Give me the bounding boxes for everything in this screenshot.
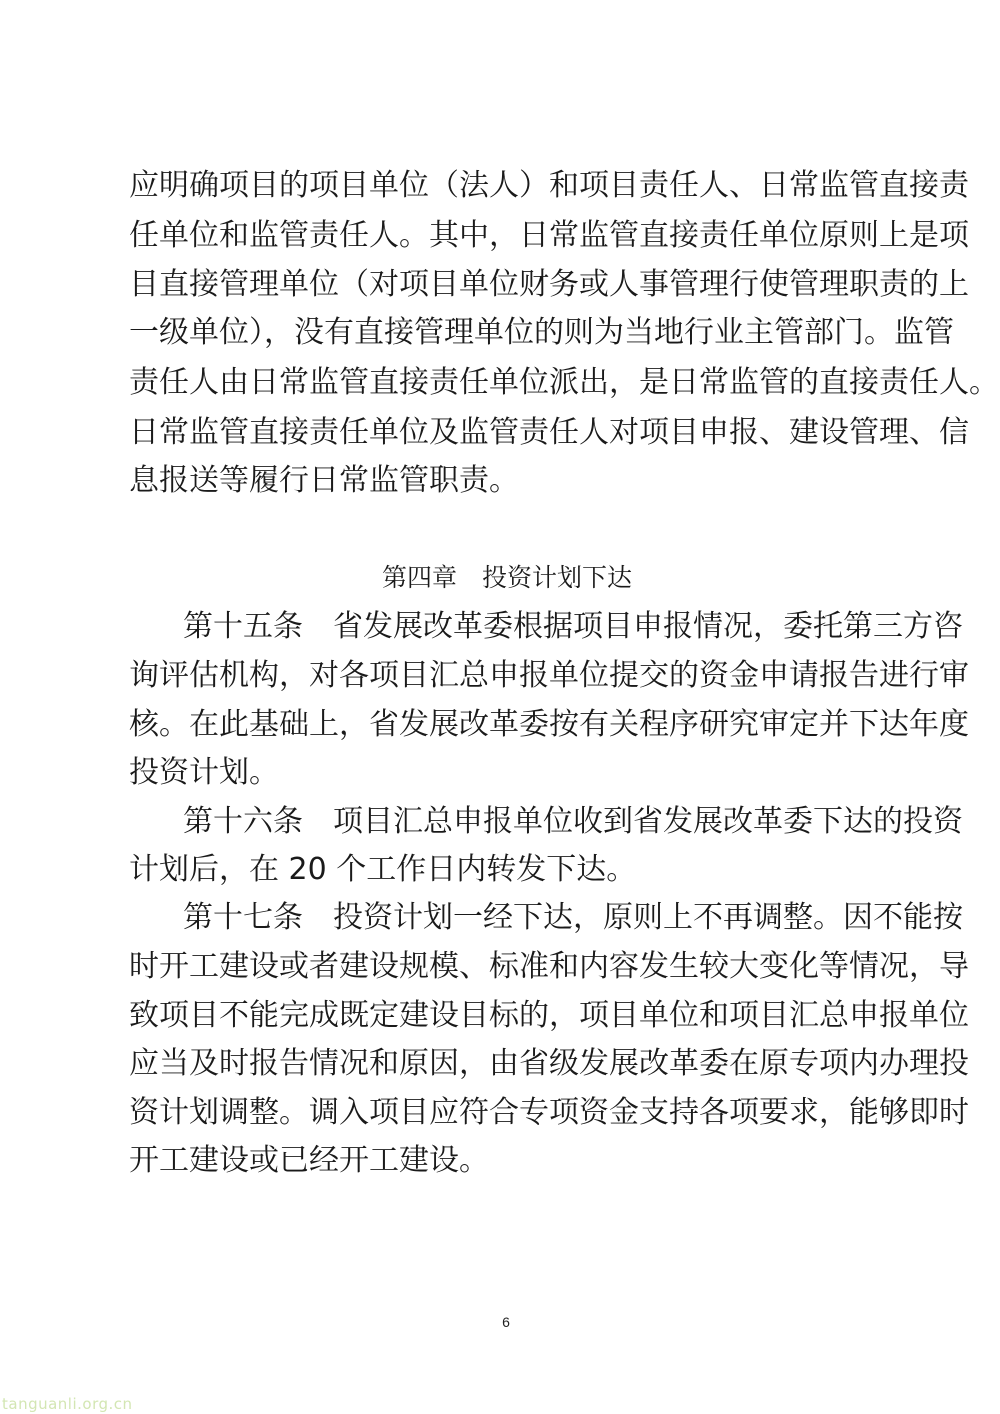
text-line: 资计划调整。调入项目应符合专项资金支持各项要求，能够即时 xyxy=(129,1093,885,1133)
text-line: 息报送等履行日常监管职责。 xyxy=(129,461,885,501)
text-line: 核。在此基础上，省发展改革委按有关程序研究审定并下达年度 xyxy=(129,705,885,745)
watermark: tanguanli.org.cn xyxy=(2,1395,133,1413)
text-line: 应明确项目的项目单位（法人）和项目责任人、日常监管直接责 xyxy=(129,166,885,206)
text-line: 责任人由日常监管直接责任单位派出，是日常监管的直接责任人。 xyxy=(129,363,885,403)
document-page: 应明确项目的项目单位（法人）和项目责任人、日常监管直接责 任单位和监管责任人。其… xyxy=(0,0,1000,1414)
text-line: 开工建设或已经开工建设。 xyxy=(129,1141,885,1181)
text-line: 询评估机构，对各项目汇总申报单位提交的资金申请报告进行审 xyxy=(129,656,885,696)
chapter-heading: 第四章 投资计划下达 xyxy=(0,561,1000,595)
article-first-line: 第十六条 项目汇总申报单位收到省发展改革委下达的投资 xyxy=(183,802,885,842)
text-line: 投资计划。 xyxy=(129,753,885,793)
text-line: 应当及时报告情况和原因，由省级发展改革委在原专项内办理投 xyxy=(129,1044,885,1084)
text-line: 计划后，在 20 个工作日内转发下达。 xyxy=(129,850,885,890)
text-line: 目直接管理单位（对项目单位财务或人事管理行使管理职责的上 xyxy=(129,265,885,305)
text-line: 一级单位），没有直接管理单位的则为当地行业主管部门。监管 xyxy=(129,313,885,353)
text-line: 任单位和监管责任人。其中，日常监管直接责任单位原则上是项 xyxy=(129,216,885,256)
page-number: 6 xyxy=(496,1312,516,1332)
article-first-line: 第十五条 省发展改革委根据项目申报情况，委托第三方咨 xyxy=(183,607,885,647)
text-line: 日常监管直接责任单位及监管责任人对项目申报、建设管理、信 xyxy=(129,413,885,453)
text-line: 时开工建设或者建设规模、标准和内容发生较大变化等情况，导 xyxy=(129,947,885,987)
article-first-line: 第十七条 投资计划一经下达，原则上不再调整。因不能按 xyxy=(183,898,885,938)
text-line: 致项目不能完成既定建设目标的，项目单位和项目汇总申报单位 xyxy=(129,996,885,1036)
